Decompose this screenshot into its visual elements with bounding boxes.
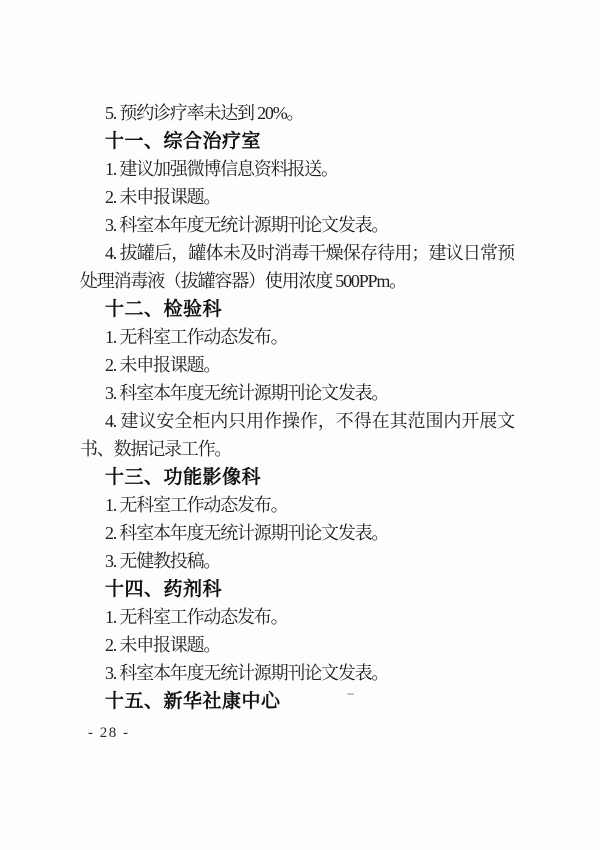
finding-item: 3. 科室本年度无统计源期刊论文发表。: [80, 659, 514, 687]
finding-item: 2. 未申报课题。: [80, 351, 514, 379]
section-heading: 十五、新华社康中心: [80, 687, 514, 715]
finding-item: 3. 科室本年度无统计源期刊论文发表。: [80, 379, 514, 407]
finding-item: 2. 未申报课题。: [80, 631, 514, 659]
section-heading: 十二、检验科: [80, 295, 514, 323]
document-page: 5. 预约诊疗率未达到 20%。十一、综合治疗室1. 建议加强微博信息资料报送。…: [0, 0, 600, 850]
finding-item: 1. 无科室工作动态发布。: [80, 323, 514, 351]
section-heading: 十三、功能影像科: [80, 463, 514, 491]
finding-item: 2. 未申报课题。: [80, 183, 514, 211]
scan-artifact: [347, 693, 354, 695]
finding-item: 2. 科室本年度无统计源期刊论文发表。: [80, 519, 514, 547]
finding-item: 4. 建议安全柜内只用作操作，不得在其范围内开展文书、数据记录工作。: [80, 407, 514, 463]
finding-item: 1. 无科室工作动态发布。: [80, 603, 514, 631]
section-heading: 十四、药剂科: [80, 575, 514, 603]
finding-item: 1. 建议加强微博信息资料报送。: [80, 155, 514, 183]
finding-item: 5. 预约诊疗率未达到 20%。: [80, 99, 514, 127]
page-number: - 28 -: [88, 725, 130, 742]
finding-item: 1. 无科室工作动态发布。: [80, 491, 514, 519]
section-heading: 十一、综合治疗室: [80, 127, 514, 155]
document-body: 5. 预约诊疗率未达到 20%。十一、综合治疗室1. 建议加强微博信息资料报送。…: [80, 99, 514, 715]
finding-item: 3. 无健教投稿。: [80, 547, 514, 575]
finding-item: 3. 科室本年度无统计源期刊论文发表。: [80, 211, 514, 239]
finding-item: 4. 拔罐后，罐体未及时消毒干燥保存待用；建议日常预处理消毒液（拔罐容器）使用浓…: [80, 239, 514, 295]
